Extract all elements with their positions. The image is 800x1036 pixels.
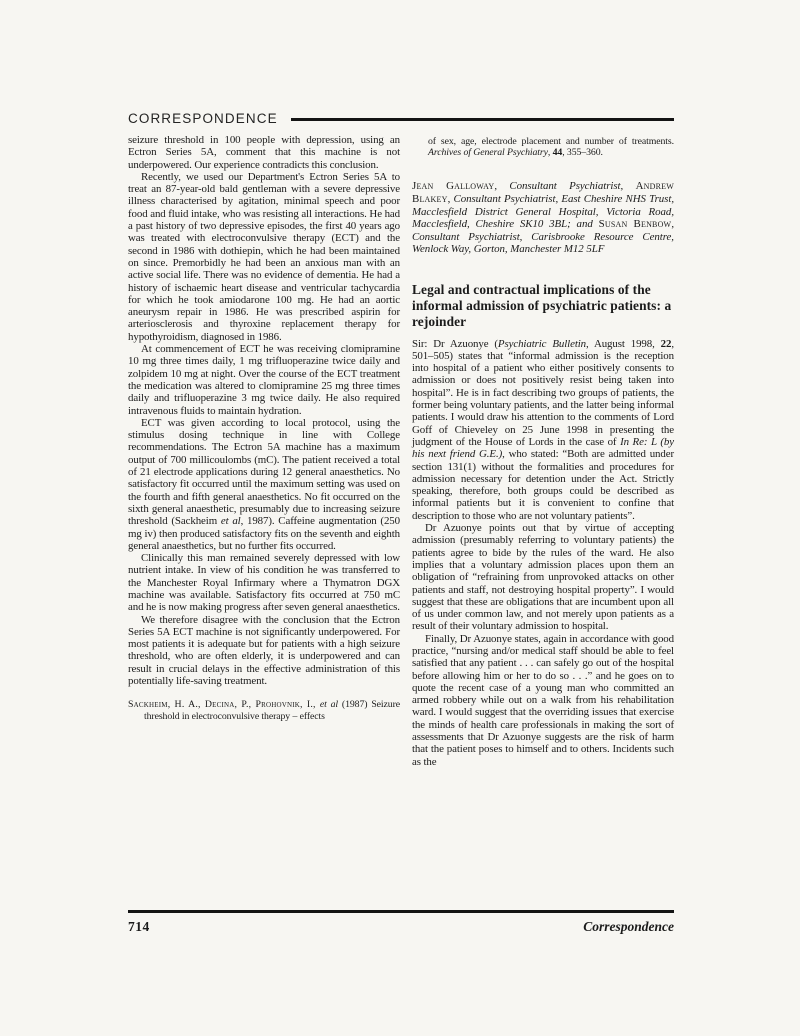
running-title: Correspondence xyxy=(583,919,674,935)
letter-title: Legal and contractual implications of th… xyxy=(412,282,674,331)
section-title: CORRESPONDENCE xyxy=(128,111,278,126)
reference-entry: Sackheim, H. A., Decina, P., Prohovnik, … xyxy=(128,699,400,721)
paragraph: Recently, we used our Department's Ectro… xyxy=(128,171,400,343)
paragraph: Finally, Dr Azuonye states, again in acc… xyxy=(412,633,674,768)
paragraph: ECT was given according to local protoco… xyxy=(128,417,400,552)
header-rule xyxy=(291,118,674,121)
left-column: seizure threshold in 100 people with dep… xyxy=(128,134,400,768)
text-columns: seizure threshold in 100 people with dep… xyxy=(128,134,674,768)
page-footer: 714 Correspondence xyxy=(128,919,674,935)
paragraph: Clinically this man remained severely de… xyxy=(128,552,400,613)
footer-rule xyxy=(128,910,674,913)
author-signature: Jean Galloway, Consultant Psychiatrist, … xyxy=(412,180,674,256)
journal-page: CORRESPONDENCE seizure threshold in 100 … xyxy=(0,0,800,1036)
paragraph: seizure threshold in 100 people with dep… xyxy=(128,134,400,171)
paragraph: At commencement of ECT he was receiving … xyxy=(128,343,400,417)
paragraph: We therefore disagree with the conclusio… xyxy=(128,614,400,688)
paragraph: Dr Azuonye points out that by virtue of … xyxy=(412,522,674,633)
reference-continuation: of sex, age, electrode placement and num… xyxy=(412,136,674,158)
paragraph: Sir: Dr Azuonye (Psychiatric Bulletin, A… xyxy=(412,338,674,522)
page-number: 714 xyxy=(128,919,150,935)
right-column: of sex, age, electrode placement and num… xyxy=(412,134,674,768)
page-header: CORRESPONDENCE xyxy=(128,111,674,126)
